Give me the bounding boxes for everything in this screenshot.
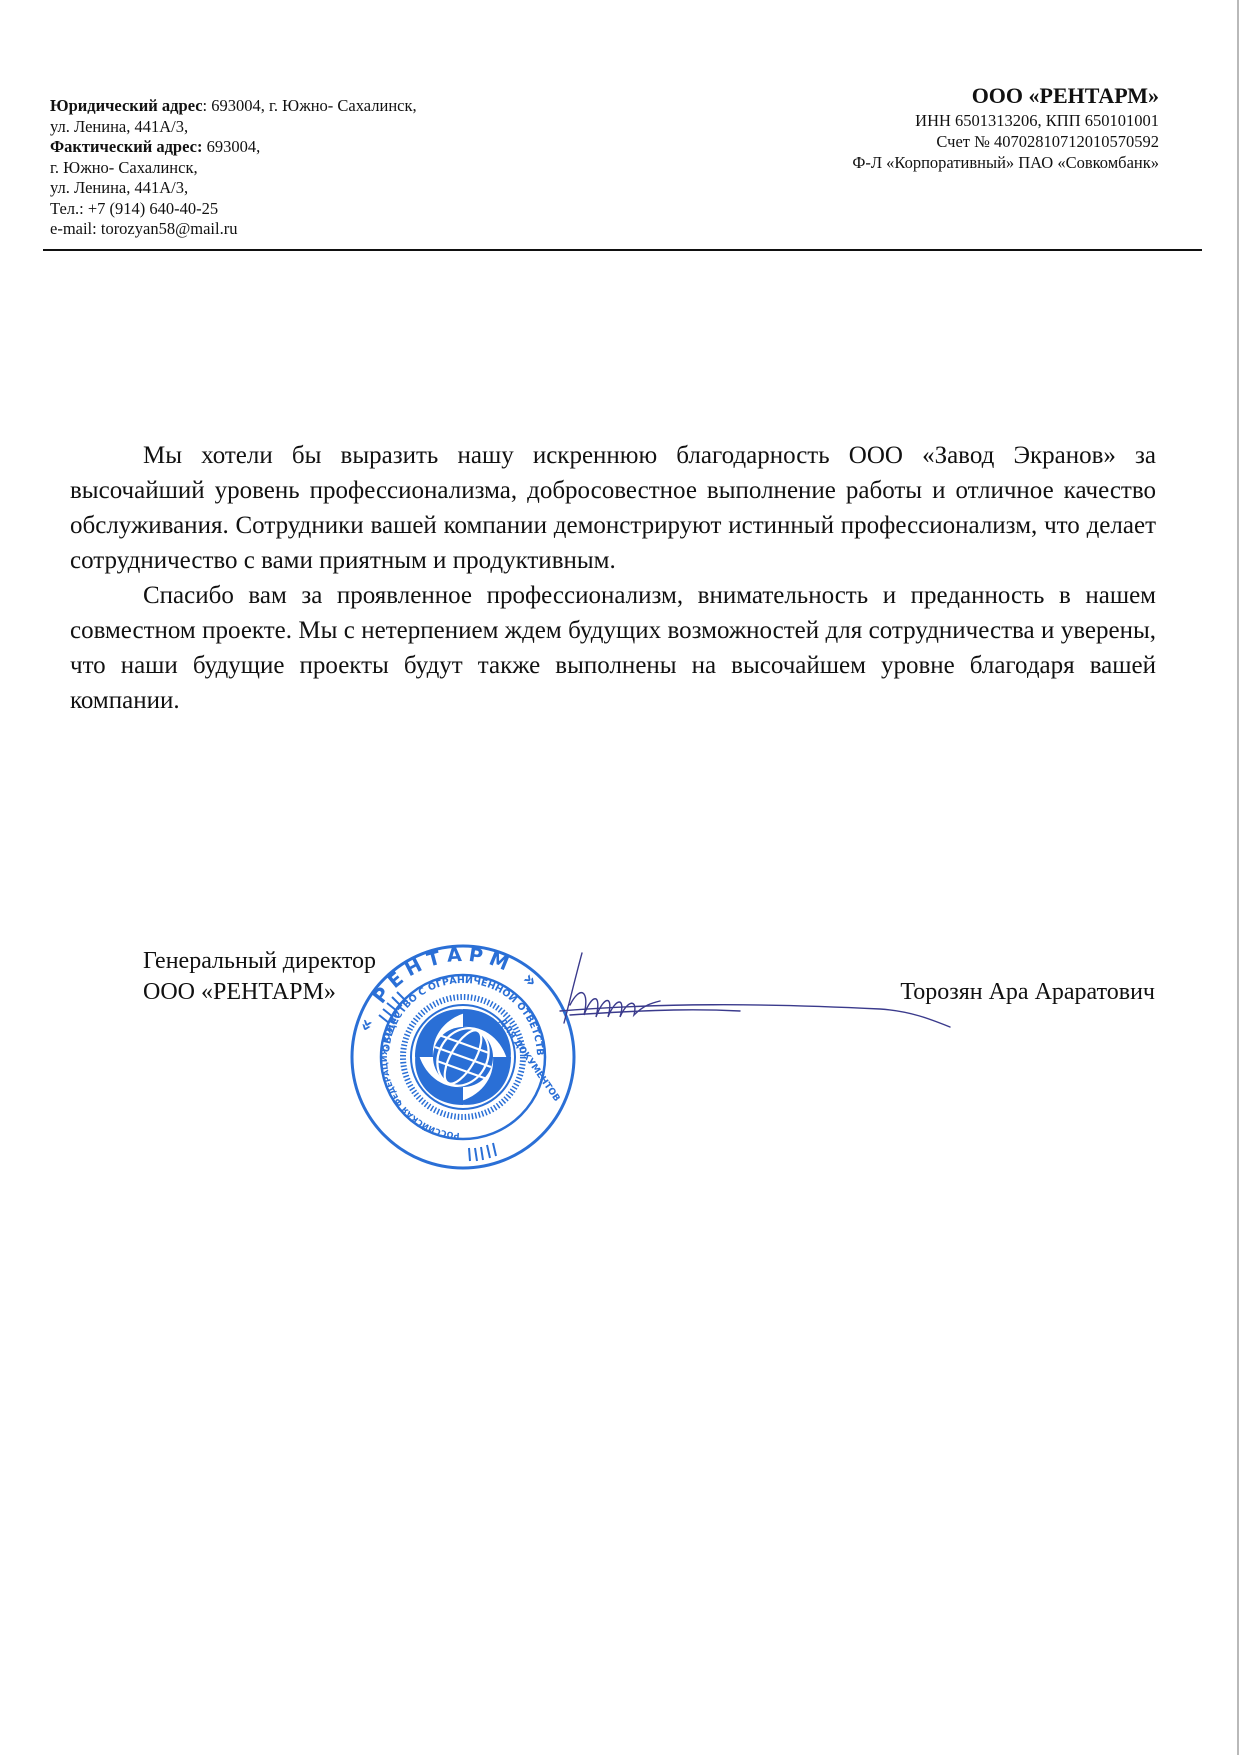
company-name: ООО «РЕНТАРМ» (852, 82, 1159, 110)
signer-position: Генеральный директор (143, 946, 376, 977)
email: e-mail: torozyan58@mail.ru (50, 219, 417, 240)
bank-name: Ф-Л «Корпоративный» ПАО «Совкомбанк» (852, 152, 1159, 173)
legal-address: Юридический адрес: 693004, г. Южно- Саха… (50, 96, 417, 117)
actual-address-line3: ул. Ленина, 441А/3, (50, 178, 417, 199)
actual-address-label: Фактический адрес: (50, 137, 202, 156)
svg-text:« РЕНТАРМ »: « РЕНТАРМ » (354, 944, 547, 1035)
legal-address-value: : 693004, г. Южно- Сахалинск, (203, 96, 417, 115)
letterhead-divider (43, 249, 1202, 251)
actual-address-value: 693004, (202, 137, 260, 156)
paragraph-1: Мы хотели бы выразить нашу искреннюю бла… (70, 438, 1156, 578)
signature-icon (540, 945, 960, 1035)
paragraph-2: Спасибо вам за проявленное профессионали… (70, 578, 1156, 718)
page-edge (1237, 0, 1239, 1755)
letterhead-requisites: ООО «РЕНТАРМ» ИНН 6501313206, КПП 650101… (852, 82, 1159, 173)
actual-address: Фактический адрес: 693004, (50, 137, 417, 158)
inn-kpp: ИНН 6501313206, КПП 650101001 (852, 110, 1159, 131)
letter-body: Мы хотели бы выразить нашу искреннюю бла… (70, 438, 1156, 718)
signer-title-block: Генеральный директор ООО «РЕНТАРМ» (143, 946, 376, 1008)
signer-company: ООО «РЕНТАРМ» (143, 977, 376, 1008)
legal-address-label: Юридический адрес (50, 96, 203, 115)
letterhead-contacts: Юридический адрес: 693004, г. Южно- Саха… (50, 96, 417, 240)
actual-address-line2: г. Южно- Сахалинск, (50, 158, 417, 179)
phone: Тел.: +7 (914) 640-40-25 (50, 199, 417, 220)
legal-address-line2: ул. Ленина, 441А/3, (50, 117, 417, 138)
bank-account: Счет № 40702810712010570592 (852, 131, 1159, 152)
